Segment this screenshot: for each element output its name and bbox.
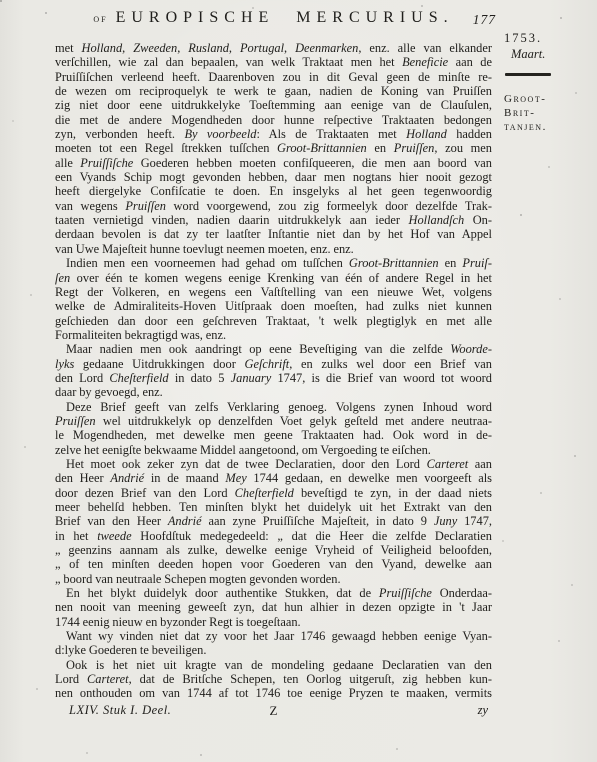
margin-region-label: Groot- Brit- tanjen.: [504, 92, 592, 134]
text-line: de wezen om reciproquelyk te werk te gaa…: [55, 84, 492, 98]
text-line: heeft diergelyke Confiſcatie te doen. En…: [55, 184, 492, 198]
margin-region-line: Brit-: [504, 106, 592, 120]
page-number: 177: [473, 12, 496, 28]
text-line: meer behelſd hebben. Ten minſten blykt h…: [55, 500, 492, 514]
book-page-scan: ofEUROPISCHE MERCURIUS. 177 1753. Maart.…: [0, 0, 597, 762]
text-line: Lord Carteret, dat de Britſche Schepen, …: [55, 672, 492, 686]
text-line: geſchieden dan door een geſchreven Trakt…: [55, 314, 492, 328]
page-footer: Z LXIV. Stuk I. Deel. zy: [55, 703, 492, 718]
text-line: Pruiſſen wel uitdrukkelyk op denzelfden …: [55, 414, 492, 428]
text-line: den Lord Cheſterfield in dato 5 January …: [55, 371, 492, 385]
text-line: 1744 eenig nieuw en byzonder Regt is toe…: [55, 615, 492, 629]
text-line: daar by gevoegd, enz.: [55, 385, 492, 399]
text-line: zig niet door eene uitdrukkelyke Toeſtem…: [55, 98, 492, 112]
text-line: d:lyke Goederen te beveiligen.: [55, 643, 492, 657]
text-line: door dezen Brief van den Lord Cheſterfie…: [55, 486, 492, 500]
text-line: Pruiſſiſchen verleend heeft. Daarenboven…: [55, 70, 492, 84]
text-line: Ook is het niet uit kragte van de mondel…: [55, 658, 492, 672]
text-line: nen nooit van meening geweeſt zyn, dat h…: [55, 600, 492, 614]
margin-region-line: Groot-: [504, 92, 592, 106]
text-line: „ boord van neutraale Schepen mogten gev…: [55, 572, 492, 586]
margin-date-year: 1753.: [504, 31, 592, 46]
text-line: met Holland, Zweeden, Rusland, Portugal,…: [55, 41, 492, 55]
text-line: Brief van den Heer Andrié aan zyne Pruiſ…: [55, 514, 492, 528]
text-line: Formaliteiten bekragtigd was, enz.: [55, 328, 492, 342]
text-line: van Uwe Majeſteit hunne toevlugt neemen …: [55, 242, 492, 256]
text-line: alle Pruiſſiſche Goederen hebben moeten …: [55, 156, 492, 170]
text-line: verſchillen, wie zal dan bepaalen, van w…: [55, 55, 492, 69]
text-line: Deze Brief geeft van zelfs Verklaring ge…: [55, 400, 492, 414]
text-line: Regt der Volkeren, en wegens een Vaſtſte…: [55, 285, 492, 299]
text-line: derdaan bevolen is dat zy ter laatſter I…: [55, 227, 492, 241]
body-text: met Holland, Zweeden, Rusland, Portugal,…: [55, 41, 492, 701]
text-line: En het blykt duidelyk door authentike St…: [55, 586, 492, 600]
text-line: taaten vernietigd vinden, nadien daarin …: [55, 213, 492, 227]
paper-specks: [0, 0, 2, 2]
text-line: „ of ten minſten deeden hopen voor Goede…: [55, 557, 492, 571]
text-line: Het moet ook zeker zyn dat de twee Decla…: [55, 457, 492, 471]
header-prefix: of: [93, 11, 107, 25]
text-line: Want wy vinden niet dat zy voor het Jaar…: [55, 629, 492, 643]
text-line: Maar nadien men ook aandringt op eene Be…: [55, 342, 492, 356]
text-line: die met de andere Mogendheden door hunne…: [55, 113, 492, 127]
margin-region-line: tanjen.: [504, 120, 592, 134]
text-line: van wegens Pruiſſen word voorgewend, zou…: [55, 199, 492, 213]
gathering-signature: Z: [55, 703, 492, 719]
text-line: zelve het eenigſte bekwaame Middel aange…: [55, 443, 492, 457]
header-title: EUROPISCHE MERCURIUS.: [116, 9, 454, 26]
margin-notes: 1753. Maart. Groot- Brit- tanjen.: [504, 31, 592, 134]
text-line: „ geenzins aannam als zulke, dewelke een…: [55, 543, 492, 557]
text-line: lyks gedaane Uitdrukkingen door Geſchrif…: [55, 357, 492, 371]
text-line: ſen over één te komen wegens eenige Kren…: [55, 271, 492, 285]
text-line: welke de Admiraliteits-Hoven Uitſpraak d…: [55, 299, 492, 313]
margin-date-month: Maart.: [511, 47, 592, 62]
text-line: den Heer Andrié in de maand Mey 1744 ged…: [55, 471, 492, 485]
text-line: nen onthouden om van 1744 af tot 1746 to…: [55, 686, 492, 700]
text-line: in het tweede Hoofdſtuk medegedeeld: „ d…: [55, 529, 492, 543]
text-line: een Vyands Schip mogt gevonden hebben, d…: [55, 170, 492, 184]
margin-rule: [505, 73, 551, 76]
text-line: zyn, verbonden heeft. By voorbeeld: Als …: [55, 127, 492, 141]
running-header: ofEUROPISCHE MERCURIUS. 177: [55, 9, 492, 27]
text-line: moeten tot een Regel ſtrekken tuſſchen G…: [55, 141, 492, 155]
text-line: Indien men een voorneemen had gehad om t…: [55, 256, 492, 270]
text-line: le Mogendheden, met dewelke men geene Tr…: [55, 428, 492, 442]
